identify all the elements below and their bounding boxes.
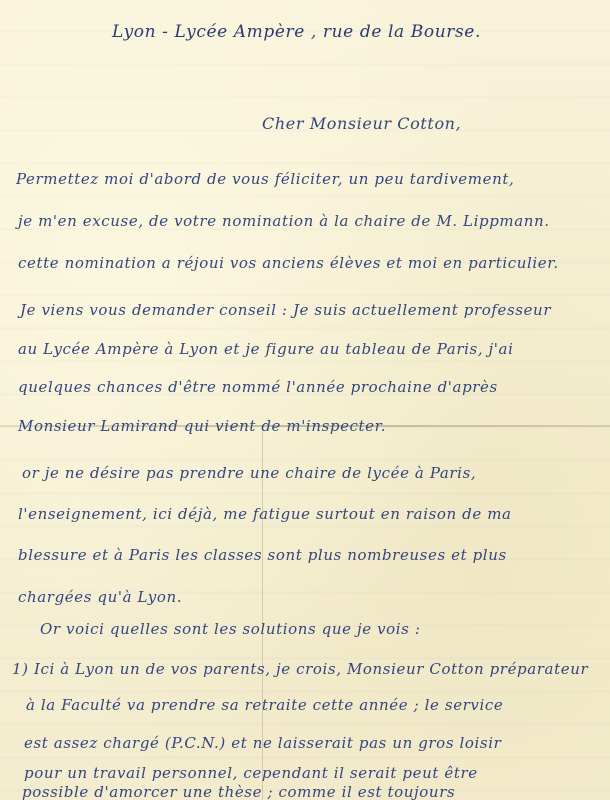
letter-salutation: Cher Monsieur Cotton, xyxy=(262,114,461,133)
letter-line: possible d'amorcer une thèse ; comme il … xyxy=(22,783,455,800)
letter-line: cette nomination a réjoui vos anciens él… xyxy=(18,254,559,272)
letter-line: au Lycée Ampère à Lyon et je figure au t… xyxy=(18,340,513,358)
letter-line: or je ne désire pas prendre une chaire d… xyxy=(22,464,476,482)
letter-line: Or voici quelles sont les solutions que … xyxy=(40,620,421,638)
letter-line: Je viens vous demander conseil : Je suis… xyxy=(20,301,551,319)
letter-line: l'enseignement, ici déjà, me fatigue sur… xyxy=(18,505,512,523)
letter-line: je m'en excuse, de votre nomination à la… xyxy=(18,212,550,230)
letter-line: à la Faculté va prendre sa retraite cett… xyxy=(26,696,503,714)
letter-line: Permettez moi d'abord de vous féliciter,… xyxy=(16,170,514,188)
letter-line: quelques chances d'être nommé l'année pr… xyxy=(18,378,498,396)
letter-line: blessure et à Paris les classes sont plu… xyxy=(18,546,507,564)
letter-line: Monsieur Lamirand qui vient de m'inspect… xyxy=(18,417,386,435)
letter-line: est assez chargé (P.C.N.) et ne laissera… xyxy=(24,734,501,752)
letter-line: 1) Ici à Lyon un de vos parents, je croi… xyxy=(12,660,588,678)
letter-line: chargées qu'à Lyon. xyxy=(18,588,182,606)
letter-line: pour un travail personnel, cependant il … xyxy=(24,764,478,782)
letter-address-header: Lyon - Lycée Ampère , rue de la Bourse. xyxy=(112,22,481,42)
letter-page: Lyon - Lycée Ampère , rue de la Bourse. … xyxy=(0,0,610,800)
